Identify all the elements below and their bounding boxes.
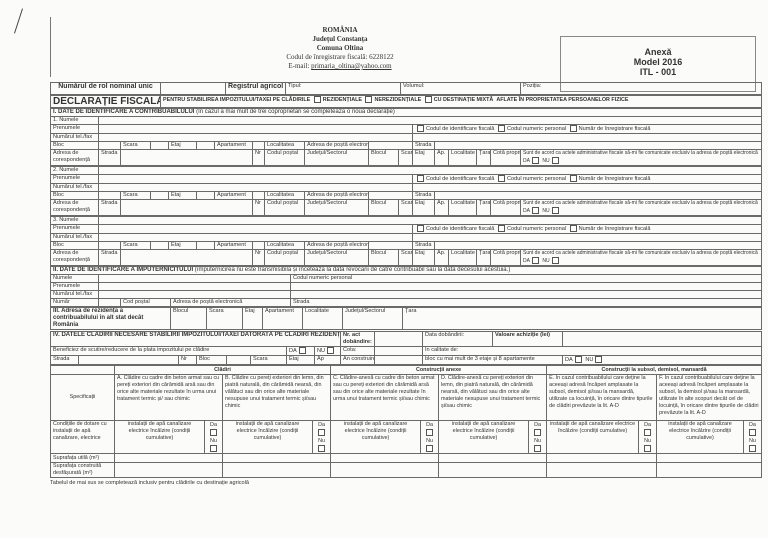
- prenumele-field[interactable]: [99, 224, 413, 233]
- specificatii-label: Specificații: [51, 374, 115, 420]
- cota-label: Cotă proprietate: [491, 199, 521, 215]
- adresa-label: Adresa de corespondență: [51, 149, 99, 165]
- scara-field[interactable]: [151, 141, 169, 149]
- etaj-label: Etaj: [169, 191, 197, 199]
- col-b-desc: B. Clădire cu pereți exteriori din lemn,…: [223, 374, 331, 420]
- rezidentiale-label: REZIDENȚIALE: [323, 97, 362, 103]
- nif-checkbox[interactable]: [570, 225, 577, 232]
- mixt-checkbox[interactable]: [425, 96, 432, 103]
- email-label: E-mail:: [288, 62, 309, 70]
- footer-note: Tabelul de mai sus se completează inclus…: [50, 480, 762, 487]
- strada-label: Strada: [99, 249, 121, 265]
- consent-da-checkbox[interactable]: [532, 157, 539, 164]
- scara-label-2: Scara: [399, 249, 413, 265]
- purpose-text: PENTRU STABILIREA IMPOZITULUI/TAXEI PE C…: [163, 97, 310, 103]
- f-da-label: Da: [749, 422, 756, 428]
- nif-label: Număr de înregistrare fiscală: [579, 176, 651, 182]
- imp-telefon-field[interactable]: [99, 290, 291, 298]
- tara-label: Țara: [477, 249, 491, 265]
- imp-email-label: Adresa de poștă electronică: [171, 298, 291, 306]
- bloc-field[interactable]: [99, 191, 121, 199]
- strada-label-2: Strada: [413, 141, 435, 149]
- commune: Comuna Oltina: [220, 44, 460, 53]
- nu-label: NU: [542, 258, 549, 264]
- ap-label: Ap.: [435, 199, 449, 215]
- apartament-field[interactable]: [253, 191, 265, 199]
- cod-postal-label: Codul poștal: [265, 149, 305, 165]
- imp-strada-label: Strada: [291, 298, 762, 306]
- nerezidentiale-label: NEREZIDENȚIALE: [374, 97, 421, 103]
- strada-label: Strada: [99, 149, 121, 165]
- f-da-checkbox[interactable]: [749, 429, 756, 436]
- numele-field[interactable]: [99, 216, 762, 224]
- nr-label: Nr: [253, 199, 265, 215]
- supr-utila-b[interactable]: [223, 453, 331, 462]
- supr-constr-a[interactable]: [115, 462, 223, 477]
- tipul-field[interactable]: Tipul:: [286, 83, 401, 95]
- person-block-1: 1. Numele PrenumeleCodul de identificare…: [50, 116, 762, 166]
- form-title: DECLARAȚIE FISCALĂ:: [51, 96, 161, 108]
- numele-label: 2. Numele: [51, 166, 99, 174]
- nu-label: NU: [542, 158, 549, 164]
- apartament-label: Apartament: [215, 141, 253, 149]
- col-c-desc: C. Clădire-anexă cu cadre din beton arma…: [331, 374, 439, 420]
- consent-nu-checkbox[interactable]: [552, 257, 559, 264]
- cladire-strada-field[interactable]: [79, 355, 179, 364]
- ap-label: Ap.: [435, 149, 449, 165]
- id-number-field[interactable]: [413, 133, 762, 141]
- numele-field[interactable]: [99, 166, 762, 174]
- cif-label: Codul de identificare fiscală: [426, 126, 494, 132]
- cif-checkbox[interactable]: [417, 225, 424, 232]
- person-block-2: 2. Numele PrenumeleCodul de identificare…: [50, 166, 762, 216]
- prenumele-field[interactable]: [99, 125, 413, 134]
- section-3: III. Adresa de rezidență a contribuabilu…: [50, 307, 762, 330]
- e-nu-label: Nu: [644, 438, 651, 444]
- email-field[interactable]: [369, 241, 413, 249]
- tara-label: Țara: [477, 149, 491, 165]
- section-2-note: (împuternicirea nu este transmisibilă și…: [195, 267, 511, 273]
- consent-nu-checkbox[interactable]: [552, 207, 559, 214]
- bloc-field[interactable]: [99, 241, 121, 249]
- strada-label: Strada: [99, 199, 121, 215]
- cnp-label: Codul numeric personal: [507, 226, 566, 232]
- telefon-label: Numărul tel./fax: [51, 183, 99, 191]
- b-nu-checkbox[interactable]: [318, 445, 325, 452]
- d-nu-checkbox[interactable]: [534, 445, 541, 452]
- subsol-header: Construcții la subsol, demisol, mansardă: [547, 365, 762, 374]
- numele-field[interactable]: [99, 117, 762, 125]
- supr-utila-label: Suprafața utilă (m²): [51, 453, 115, 462]
- instalatii-b: instalații de apă canalizare electrice î…: [223, 420, 313, 453]
- conditii-label: Condițiile de dotare cu instalații de ap…: [51, 420, 115, 453]
- prenumele-label: Prenumele: [51, 174, 99, 183]
- judet-label: Județul/Sectorul: [305, 149, 369, 165]
- localitate-label: Localitate: [449, 199, 477, 215]
- bloc-da-label: DA: [565, 357, 573, 363]
- imp-prenumele-label: Prenumele: [51, 282, 99, 290]
- strada-field[interactable]: [121, 249, 253, 265]
- pen-mark: [14, 8, 23, 33]
- supr-utila-f[interactable]: [657, 453, 762, 462]
- scara-label-2: Scara: [399, 149, 413, 165]
- imp-numele-field[interactable]: [99, 274, 291, 282]
- nr-label: Nr: [253, 149, 265, 165]
- cota-label: Cotă proprietate: [491, 149, 521, 165]
- d-nu-label: Nu: [534, 438, 541, 444]
- numele-label: 3. Numele: [51, 216, 99, 224]
- telefon-field[interactable]: [99, 233, 413, 241]
- da-label: DA: [523, 258, 530, 264]
- scutire-nu-checkbox[interactable]: [327, 347, 334, 354]
- valoare-field[interactable]: [563, 331, 762, 346]
- consent-text: Sunt de acord ca actele administrative f…: [523, 150, 758, 156]
- e-nu-checkbox[interactable]: [644, 445, 651, 452]
- cif-checkbox[interactable]: [417, 125, 424, 132]
- supr-constr-d[interactable]: [439, 462, 547, 477]
- mixt-label: CU DESTINAȚIE MIXTĂ: [434, 97, 494, 103]
- f-nu-label: Nu: [749, 438, 756, 444]
- bloc-nu-label: NU: [585, 357, 593, 363]
- supr-utila-c[interactable]: [331, 453, 439, 462]
- localitatea-label: Localitatea: [265, 241, 305, 249]
- imp-telefon-label: Numărul tel./fax: [51, 290, 99, 298]
- email-field[interactable]: [369, 141, 413, 149]
- tara-label: Țara: [477, 199, 491, 215]
- email-label: Adresa de poștă electronică: [305, 241, 369, 249]
- d-da-checkbox[interactable]: [534, 429, 541, 436]
- strada-field-2[interactable]: [435, 241, 762, 249]
- instalatii-e: instalații de apă canalizare electrice î…: [547, 420, 639, 453]
- nu-label: NU: [542, 208, 549, 214]
- pozitia-field[interactable]: Poziția:: [521, 83, 762, 95]
- margin-line: [50, 17, 51, 77]
- section-4: IV. DATELE CLĂDIRII NECESARE STABILIRII …: [50, 331, 762, 365]
- consent-da-checkbox[interactable]: [532, 207, 539, 214]
- strada-field[interactable]: [121, 149, 253, 165]
- cif-label: Codul de identificare fiscală: [426, 176, 494, 182]
- nif-checkbox[interactable]: [570, 125, 577, 132]
- adresa-label: Adresa de corespondență: [51, 249, 99, 265]
- id-number-field[interactable]: [413, 233, 762, 241]
- localitatea-label: Localitatea: [265, 191, 305, 199]
- nerezidentiale-checkbox[interactable]: [365, 96, 372, 103]
- county: Județul Constanța: [220, 35, 460, 44]
- col-e-desc: E. În cazul contribuabilului care deține…: [547, 374, 657, 420]
- instalatii-a: instalații de apă canalizare electrice î…: [115, 420, 205, 453]
- judet-label: Județul/Sectorul: [305, 199, 369, 215]
- bloc-mult-label: bloc cu mai mult de 3 etaje și 8 apartam…: [423, 355, 563, 364]
- apartament-label: Apartament: [215, 241, 253, 249]
- rez-judet-label: Județul/Sectorul: [343, 307, 403, 329]
- consent-da-checkbox[interactable]: [532, 257, 539, 264]
- telefon-label: Numărul tel./fax: [51, 133, 99, 141]
- c-nu-label: Nu: [426, 438, 433, 444]
- scara-field[interactable]: [151, 241, 169, 249]
- section-4-title: IV. DATELE CLĂDIRII NECESARE STABILIRII …: [51, 331, 341, 346]
- rol-field[interactable]: [161, 83, 226, 95]
- cladiri-header: Clădiri: [115, 365, 331, 374]
- apartament-field[interactable]: [253, 241, 265, 249]
- consent-text: Sunt de acord ca actele administrative f…: [523, 200, 758, 206]
- etaj-label: Etaj: [169, 141, 197, 149]
- cladire-bloc-label: Bloc: [197, 355, 227, 364]
- col-f-desc: F. În cazul contribuabilului care deține…: [657, 374, 762, 420]
- annex-model: Model 2016: [561, 57, 755, 67]
- b-da-checkbox[interactable]: [318, 429, 325, 436]
- col-a-desc: A. Clădire cu cadre din beton armat sau …: [115, 374, 223, 420]
- scara-label: Scara: [121, 191, 151, 199]
- section-2: II. DATE DE IDENTIFICARE A ÎMPUTERNICITU…: [50, 266, 762, 307]
- scara-label: Scara: [121, 141, 151, 149]
- a-nu-checkbox[interactable]: [210, 445, 217, 452]
- bloc-nu-checkbox[interactable]: [595, 356, 602, 363]
- section-1-note: (în cazul a mai mult de trei coproprieta…: [196, 109, 395, 115]
- blocul-label: Blocul: [369, 199, 399, 215]
- consent-nu-checkbox[interactable]: [552, 157, 559, 164]
- da-label: DA: [523, 158, 530, 164]
- cota-field[interactable]: [375, 346, 423, 355]
- supr-constr-c[interactable]: [331, 462, 439, 477]
- telefon-label: Numărul tel./fax: [51, 233, 99, 241]
- numele-label: 1. Numele: [51, 117, 99, 125]
- email-field[interactable]: [369, 191, 413, 199]
- strada-label-2: Strada: [413, 191, 435, 199]
- etaj-field[interactable]: [197, 141, 215, 149]
- owned-label: AFLATE ÎN PROPRIETATEA PERSOANELOR FIZIC…: [496, 97, 628, 103]
- b-da-label: Da: [318, 422, 325, 428]
- strada-label-2: Strada: [413, 241, 435, 249]
- calitate-label: În calitate de:: [423, 346, 762, 355]
- e-da-checkbox[interactable]: [644, 429, 651, 436]
- cif-label: Codul de identificare fiscală: [426, 226, 494, 232]
- a-da-checkbox[interactable]: [210, 429, 217, 436]
- scutire-label: Beneficiez de scutire/reducere de la pla…: [51, 346, 287, 355]
- blocul-label: Blocul: [369, 249, 399, 265]
- tax-declaration-form: Numărul de rol nominal unic Registrul ag…: [50, 82, 762, 487]
- bloc-label: Bloc: [51, 241, 99, 249]
- supr-constr-b[interactable]: [223, 462, 331, 477]
- consent-text: Sunt de acord ca actele administrative f…: [523, 250, 758, 256]
- cod-postal-label: Codul poștal: [265, 199, 305, 215]
- anexe-header: Construcții anexe: [331, 365, 547, 374]
- nif-label: Număr de înregistrare fiscală: [579, 226, 651, 232]
- etaj-field[interactable]: [197, 241, 215, 249]
- cladire-strada-label: Strada: [51, 355, 79, 364]
- etaj-label: Etaj: [169, 241, 197, 249]
- an-constr-field[interactable]: [375, 355, 423, 364]
- cnp-checkbox[interactable]: [498, 125, 505, 132]
- imp-numele-label: Numele: [51, 274, 99, 282]
- prenumele-field[interactable]: [99, 174, 413, 183]
- imp-strada-field[interactable]: [291, 290, 762, 298]
- rez-tara-label: Țara: [403, 307, 762, 329]
- scara-label: Scara: [121, 241, 151, 249]
- supr-utila-d[interactable]: [439, 453, 547, 462]
- bloc-label: Bloc: [51, 191, 99, 199]
- cladire-scara-label: Scara: [251, 355, 287, 364]
- email-label: Adresa de poștă electronică: [305, 191, 369, 199]
- imp-cod-postal-label: Cod poștal: [121, 298, 171, 306]
- prenumele-label: Prenumele: [51, 224, 99, 233]
- person-1-table: 1. Numele PrenumeleCodul de identificare…: [50, 116, 762, 166]
- country: ROMÂNIA: [220, 26, 460, 35]
- id-number-field[interactable]: [413, 183, 762, 191]
- email-label: Adresa de poștă electronică: [305, 141, 369, 149]
- cnp-label: Codul numeric personal: [507, 176, 566, 182]
- email-link[interactable]: primaria_oltina@yahoo.com: [311, 62, 392, 70]
- section-2-title: II. DATE DE IDENTIFICARE A ÎMPUTERNICITU…: [53, 267, 193, 273]
- top-table: Numărul de rol nominal unic Registrul ag…: [50, 82, 762, 95]
- da-label: DA: [523, 208, 530, 214]
- valoare-label: Valoare achiziție (lei): [493, 331, 563, 346]
- c-da-label: Da: [426, 422, 433, 428]
- supr-utila-a[interactable]: [115, 453, 223, 462]
- registru-label: Registrul agricol: [226, 83, 286, 95]
- volumul-field[interactable]: Volumul:: [401, 83, 521, 95]
- prenumele-label: Prenumele: [51, 125, 99, 134]
- adresa-label: Adresa de corespondență: [51, 199, 99, 215]
- cladire-nr-label: Nr: [179, 355, 197, 364]
- etaj-field[interactable]: [197, 191, 215, 199]
- section-3-title: III. Adresa de rezidență a contribuabilu…: [51, 307, 171, 329]
- judet-label: Județul/Sectorul: [305, 249, 369, 265]
- etaj-label-2: Etaj: [413, 249, 435, 265]
- rez-apartament-label: Apartament: [263, 307, 303, 329]
- b-nu-label: Nu: [318, 438, 325, 444]
- ap-label: Ap.: [435, 249, 449, 265]
- cod-postal-label: Codul poștal: [265, 249, 305, 265]
- person-block-3: 3. Numele PrenumeleCodul de identificare…: [50, 216, 762, 266]
- cota-label: Cotă proprietate: [491, 249, 521, 265]
- rez-scara-label: Scara: [207, 307, 243, 329]
- imp-prenumele-field[interactable]: [99, 282, 291, 290]
- annex-code: ITL - 001: [561, 67, 755, 77]
- c-nu-checkbox[interactable]: [426, 445, 433, 452]
- f-nu-checkbox[interactable]: [749, 445, 756, 452]
- cota-label: Cota:: [341, 346, 375, 355]
- cladire-ap-label: Ap: [315, 355, 341, 364]
- apartament-label: Apartament: [215, 191, 253, 199]
- rez-etaj-label: Etaj: [243, 307, 263, 329]
- supr-constr-e[interactable]: [547, 462, 657, 477]
- scutire-nu-label: NU: [317, 348, 325, 354]
- cladire-bloc-field[interactable]: [227, 355, 251, 364]
- strada-field-2[interactable]: [435, 141, 762, 149]
- a-da-label: Da: [210, 422, 217, 428]
- instalatii-d: instalații de apă canalizare electrice î…: [439, 420, 529, 453]
- scara-field[interactable]: [151, 191, 169, 199]
- nr-act-label: Nr. act dobândire:: [341, 331, 375, 346]
- building-types-table: ClădiriConstrucții anexeConstrucții la s…: [50, 365, 762, 478]
- localitate-label: Localitate: [449, 149, 477, 165]
- nif-checkbox[interactable]: [570, 175, 577, 182]
- supr-constr-label: Suprafața construită desfășurată (m²): [51, 462, 115, 477]
- imp-numar-field[interactable]: [99, 298, 121, 306]
- cif-checkbox[interactable]: [417, 175, 424, 182]
- rezidentiale-checkbox[interactable]: [314, 96, 321, 103]
- telefon-field[interactable]: [99, 183, 413, 191]
- instalatii-f: instalații de apă canalizare electrice î…: [657, 420, 744, 453]
- nif-label: Număr de înregistrare fiscală: [579, 126, 651, 132]
- nr-act-field[interactable]: [375, 331, 423, 346]
- section-1: I. DATE DE IDENTIFICARE A CONTRIBUABILUL…: [50, 108, 762, 116]
- nr-label: Nr: [253, 249, 265, 265]
- d-da-label: Da: [534, 422, 541, 428]
- cnp-checkbox[interactable]: [498, 175, 505, 182]
- rol-label: Numărul de rol nominal unic: [51, 83, 161, 95]
- strada-field-2[interactable]: [435, 191, 762, 199]
- imp-cnp-field[interactable]: [291, 282, 762, 290]
- bloc-da-checkbox[interactable]: [575, 356, 582, 363]
- cnp-label: Codul numeric personal: [507, 126, 566, 132]
- person-3-table: 3. Numele PrenumeleCodul de identificare…: [50, 216, 762, 266]
- localitatea-label: Localitatea: [265, 141, 305, 149]
- section-1-title: I. DATE DE IDENTIFICARE A CONTRIBUABILUL…: [53, 109, 194, 115]
- annex-title: Anexă: [561, 47, 755, 57]
- an-constr-label: An construire: [341, 355, 375, 364]
- bloc-label: Bloc: [51, 141, 99, 149]
- data-dob-label: Data dobândirii:: [423, 331, 493, 346]
- etaj-label-2: Etaj: [413, 199, 435, 215]
- scutire-da-checkbox[interactable]: [299, 347, 306, 354]
- blocul-label: Blocul: [369, 149, 399, 165]
- scara-label-2: Scara: [399, 199, 413, 215]
- supr-constr-f[interactable]: [657, 462, 762, 477]
- e-da-label: Da: [644, 422, 651, 428]
- scutire-da-label: DA: [289, 348, 297, 354]
- cnp-checkbox[interactable]: [498, 225, 505, 232]
- cladire-etaj-label: Etaj: [287, 355, 315, 364]
- imp-numar-label: Număr: [51, 298, 99, 306]
- fiscal-code: Codul de înregistrare fiscală: 6228122: [220, 53, 460, 62]
- c-da-checkbox[interactable]: [426, 429, 433, 436]
- telefon-field[interactable]: [99, 133, 413, 141]
- supr-utila-e[interactable]: [547, 453, 657, 462]
- instalatii-c: instalații de apă canalizare electrice î…: [331, 420, 421, 453]
- rez-localitate-label: Localitate: [303, 307, 343, 329]
- strada-field[interactable]: [121, 199, 253, 215]
- a-nu-label: Nu: [210, 438, 217, 444]
- etaj-label-2: Etaj: [413, 149, 435, 165]
- rez-blocul-label: Blocul: [171, 307, 207, 329]
- apartament-field[interactable]: [253, 141, 265, 149]
- person-2-table: 2. Numele PrenumeleCodul de identificare…: [50, 166, 762, 216]
- bloc-field[interactable]: [99, 141, 121, 149]
- col-d-desc: D. Clădire-anexă cu pereți exteriori din…: [439, 374, 547, 420]
- localitate-label: Localitate: [449, 249, 477, 265]
- title-table: DECLARAȚIE FISCALĂ: PENTRU STABILIREA IM…: [50, 95, 762, 108]
- imp-cnp-label: Codul numeric personal: [291, 274, 762, 282]
- issuer-header: ROMÂNIA Județul Constanța Comuna Oltina …: [220, 26, 460, 71]
